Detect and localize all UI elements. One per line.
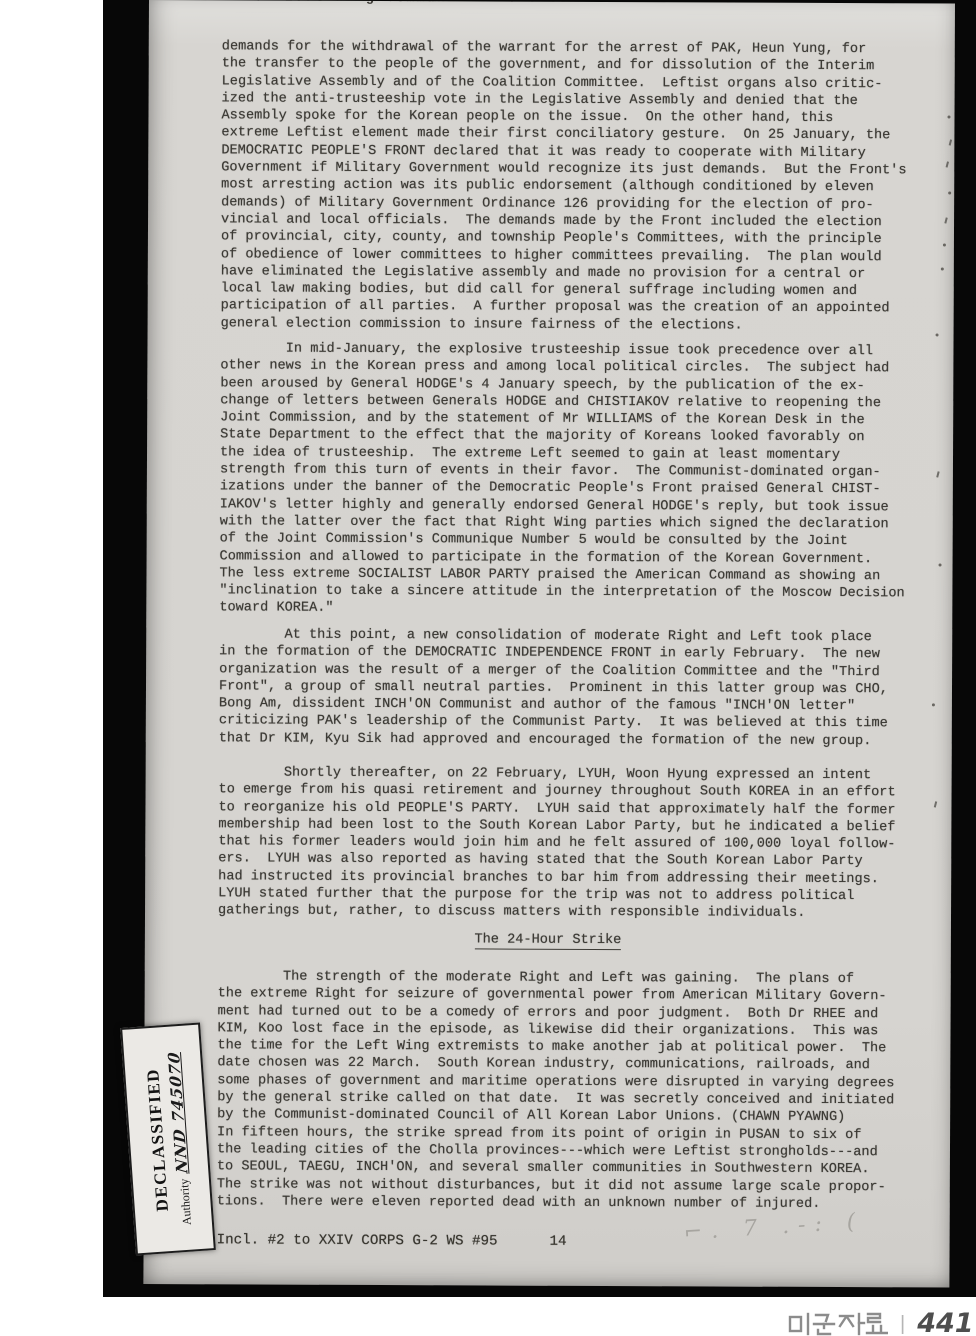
paragraph-4: Shortly thereafter, on 22 February, LYUH… (218, 764, 896, 923)
paragraph-1: demands for the withdrawal of the warran… (221, 38, 908, 335)
margin-speck (936, 333, 939, 336)
enclosure-footer: Incl. #2 to XXIV CORPS G-2 WS #9514 (217, 1232, 567, 1250)
paragraph-5: The strength of the moderate Right and L… (217, 968, 895, 1213)
caption-page-number: 441 (917, 1311, 973, 1336)
margin-speck (948, 191, 951, 194)
document-paper: of Left Wing Communism . . . Cont. deman… (143, 0, 955, 1288)
scan-black-background: of Left Wing Communism . . . Cont. deman… (103, 0, 976, 1297)
margin-speck (939, 563, 942, 566)
paragraph-3: At this point, a new consolidation of mo… (219, 626, 888, 750)
margin-speck (943, 243, 946, 246)
caption-separator: | (900, 1311, 905, 1336)
stamp-authority-label: Authority (176, 1178, 194, 1226)
book-page-caption: 미군자료 | 441 (788, 1311, 974, 1336)
margin-speck (936, 471, 939, 477)
top-cut-off-line: of Left Wing Communism . . . Cont. (254, 0, 599, 7)
scanned-document-page: of Left Wing Communism . . . Cont. deman… (0, 0, 976, 1336)
page-number: 14 (550, 1234, 567, 1250)
margin-speck (949, 139, 952, 145)
margin-speck (946, 161, 949, 167)
enclosure-label: Incl. #2 to XXIV CORPS G-2 WS #95 (217, 1232, 498, 1249)
margin-speck (947, 115, 950, 118)
margin-speck (941, 267, 944, 270)
declassified-stamp: DECLASSIFIED Authority NND 745070 (120, 1022, 216, 1255)
paragraph-2: In mid-January, the explosive trusteeshi… (219, 340, 905, 620)
margin-speck (932, 703, 935, 706)
margin-speck (944, 217, 947, 223)
handwritten-scrawl: ⌐. 7 .-: ( (683, 1209, 865, 1246)
margin-speck (934, 801, 937, 807)
section-heading: The 24-Hour Strike (218, 931, 878, 949)
korean-caption-glyphs (788, 1311, 888, 1336)
